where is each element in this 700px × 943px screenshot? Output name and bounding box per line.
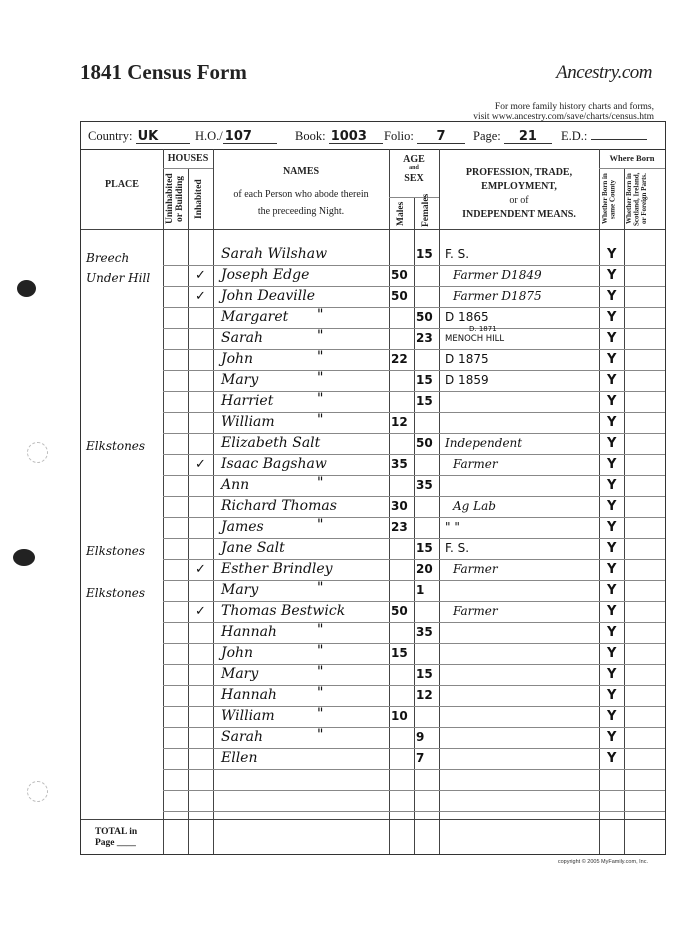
- born-same-county: Y: [607, 541, 616, 556]
- age-male: 22: [391, 352, 408, 366]
- person-name: Ellen: [221, 750, 257, 766]
- person-name: Joseph Edge: [221, 267, 309, 283]
- person-name: Margaret: [221, 309, 288, 325]
- table-row: [81, 307, 665, 328]
- born-same-county: Y: [607, 730, 616, 745]
- ditto-mark: ": [317, 727, 323, 743]
- table-row: [81, 664, 665, 685]
- table-row: [81, 643, 665, 664]
- table-row: [81, 580, 665, 601]
- born-same-county: Y: [607, 583, 616, 598]
- profession: D 1859: [445, 373, 489, 387]
- person-name: Sarah: [221, 330, 263, 346]
- age-female: 7: [416, 751, 424, 765]
- copyright-notice: copyright © 2005 MyFamily.com, Inc.: [558, 859, 648, 865]
- ditto-mark: ": [317, 517, 323, 533]
- inhabited-check-icon: ✓: [195, 562, 206, 577]
- page-field: Page: 21: [473, 129, 552, 144]
- table-row: [81, 265, 665, 286]
- page-label: Page:: [473, 129, 501, 143]
- table-row: [81, 748, 665, 769]
- row-divider: [599, 168, 665, 169]
- born-same-county: Y: [607, 436, 616, 451]
- table-row: [81, 538, 665, 559]
- country-value[interactable]: UK: [136, 131, 190, 144]
- age-male: 15: [391, 646, 408, 660]
- place-name: Under Hill: [86, 271, 150, 285]
- person-name: John Deaville: [221, 288, 315, 304]
- column-header-uninhabited: Uninhabited or Building: [165, 171, 186, 227]
- table-row: [81, 496, 665, 517]
- born-same-county: Y: [607, 394, 616, 409]
- column-header-profession: EMPLOYMENT,: [439, 181, 599, 192]
- ditto-mark: ": [317, 643, 323, 659]
- column-header-males: Males: [396, 201, 408, 227]
- person-name: Esther Brindley: [221, 561, 333, 577]
- inhabited-check-icon: ✓: [195, 604, 206, 619]
- column-header-houses: HOUSES: [163, 153, 213, 164]
- age-male: 50: [391, 268, 408, 282]
- born-same-county: Y: [607, 352, 616, 367]
- ditto-mark: ": [317, 475, 323, 491]
- reference-fields: Country: UK H.O./107 Book: 1003 Folio: 7…: [81, 122, 665, 150]
- born-same-county: Y: [607, 331, 616, 346]
- age-female: 35: [416, 478, 433, 492]
- page-title: 1841 Census Form: [80, 60, 247, 85]
- profession-note: D. 1871: [469, 326, 497, 333]
- punch-hole-icon: [27, 442, 48, 463]
- ditto-mark: ": [317, 307, 323, 323]
- total-label-line1: TOTAL in: [95, 827, 137, 838]
- ed-value[interactable]: [591, 139, 647, 140]
- more-forms-line1: For more family history charts and forms…: [473, 102, 654, 112]
- column-header-profession: PROFESSION, TRADE,: [439, 167, 599, 178]
- place-name: Elkstones: [86, 586, 145, 600]
- table-row: [81, 454, 665, 475]
- column-header-where-born: Where Born: [599, 153, 665, 163]
- total-in-page-label: TOTAL inPage ____: [95, 827, 137, 849]
- inhabited-check-icon: ✓: [195, 268, 206, 283]
- age-female: 12: [416, 688, 433, 702]
- born-same-county: Y: [607, 604, 616, 619]
- table-row: [81, 706, 665, 727]
- column-header-born-county: Whether Born in same County: [602, 171, 621, 227]
- age-female: 15: [416, 373, 433, 387]
- profession: Farmer D1849: [453, 268, 542, 282]
- age-male: 35: [391, 457, 408, 471]
- age-female: 15: [416, 247, 433, 261]
- ditto-mark: ": [317, 706, 323, 722]
- profession: Farmer: [453, 604, 498, 618]
- ho-field: H.O./107: [195, 129, 277, 144]
- profession: Farmer: [453, 457, 498, 471]
- profession: D 1865: [445, 310, 489, 324]
- born-same-county: Y: [607, 709, 616, 724]
- ditto-mark: ": [317, 370, 323, 386]
- ditto-mark: ": [317, 664, 323, 680]
- column-header-profession: INDEPENDENT MEANS.: [439, 209, 599, 220]
- person-name: John: [221, 351, 253, 367]
- table-row: [81, 433, 665, 454]
- punch-hole-icon: [13, 549, 35, 566]
- profession: Farmer: [453, 562, 498, 576]
- person-name: John: [221, 645, 253, 661]
- table-row: [81, 391, 665, 412]
- person-name: Mary: [221, 582, 258, 598]
- person-name: Ann: [221, 477, 249, 493]
- ed-field: E.D.:: [561, 129, 647, 144]
- profession: F. S.: [445, 541, 469, 555]
- age-male: 50: [391, 604, 408, 618]
- profession: Independent: [445, 436, 522, 450]
- total-label-line2[interactable]: Page ____: [95, 838, 137, 849]
- person-name: Richard Thomas: [221, 498, 337, 514]
- age-female: 15: [416, 667, 433, 681]
- table-row: [81, 412, 665, 433]
- punch-hole-icon: [17, 280, 36, 297]
- column-header-profession: or of: [439, 195, 599, 206]
- age-female: 50: [416, 310, 433, 324]
- ed-label: E.D.:: [561, 129, 587, 143]
- person-name: Jane Salt: [221, 540, 285, 556]
- profession: D 1875: [445, 352, 489, 366]
- born-same-county: Y: [607, 373, 616, 388]
- table-row: [81, 370, 665, 391]
- profession: " ": [445, 520, 460, 534]
- ditto-mark: ": [317, 412, 323, 428]
- page-value[interactable]: 21: [504, 131, 552, 144]
- table-row: [81, 475, 665, 496]
- person-name: Isaac Bagshaw: [221, 456, 327, 472]
- table-row: [81, 559, 665, 580]
- profession: F. S.: [445, 247, 469, 261]
- ditto-mark: ": [317, 328, 323, 344]
- profession: Ag Lab: [453, 499, 496, 513]
- born-same-county: Y: [607, 520, 616, 535]
- person-name: Mary: [221, 666, 258, 682]
- person-name: William: [221, 708, 275, 724]
- age-male: 30: [391, 499, 408, 513]
- inhabited-check-icon: ✓: [195, 289, 206, 304]
- age-female: 23: [416, 331, 433, 345]
- table-row: [81, 286, 665, 307]
- age-male: 12: [391, 415, 408, 429]
- person-name: Thomas Bestwick: [221, 603, 345, 619]
- born-same-county: Y: [607, 478, 616, 493]
- country-field: Country: UK: [88, 129, 190, 144]
- row-divider: [389, 197, 439, 198]
- born-same-county: Y: [607, 499, 616, 514]
- profession: MENOCH HILL: [445, 334, 504, 344]
- table-row: [81, 685, 665, 706]
- born-same-county: Y: [607, 268, 616, 283]
- person-name: Sarah Wilshaw: [221, 246, 327, 262]
- age-female: 15: [416, 394, 433, 408]
- more-forms-note: For more family history charts and forms…: [473, 102, 654, 122]
- row-divider: [163, 811, 665, 812]
- inhabited-check-icon: ✓: [195, 457, 206, 472]
- column-header-sex: SEX: [389, 173, 439, 184]
- person-name: Hannah: [221, 687, 277, 703]
- row-divider: [163, 769, 665, 770]
- ditto-mark: ": [317, 580, 323, 596]
- age-female: 35: [416, 625, 433, 639]
- folio-field: Folio: 7: [384, 129, 465, 144]
- book-label: Book:: [295, 129, 326, 143]
- born-same-county: Y: [607, 289, 616, 304]
- person-name: William: [221, 414, 275, 430]
- table-row: [81, 349, 665, 370]
- ditto-mark: ": [317, 622, 323, 638]
- born-same-county: Y: [607, 562, 616, 577]
- column-header-inhabited: Inhabited: [194, 171, 206, 227]
- person-name: Mary: [221, 372, 258, 388]
- born-same-county: Y: [607, 751, 616, 766]
- column-header-names-sub1: of each Person who abode therein: [213, 189, 389, 200]
- table-row: [81, 517, 665, 538]
- place-name: Elkstones: [86, 439, 145, 453]
- person-name: Elizabeth Salt: [221, 435, 320, 451]
- born-same-county: Y: [607, 688, 616, 703]
- row-divider: [163, 790, 665, 791]
- row-divider: [81, 819, 665, 820]
- book-value[interactable]: 1003: [329, 131, 383, 144]
- ditto-mark: ": [317, 349, 323, 365]
- age-male: 23: [391, 520, 408, 534]
- row-divider: [163, 168, 213, 169]
- age-female: 50: [416, 436, 433, 450]
- person-name: Sarah: [221, 729, 263, 745]
- folio-value[interactable]: 7: [417, 131, 465, 144]
- age-female: 20: [416, 562, 433, 576]
- age-male: 50: [391, 289, 408, 303]
- census-form: Country: UK H.O./107 Book: 1003 Folio: 7…: [80, 121, 666, 855]
- column-header-born-abroad: Whether Born in Scotland, Ireland, or Fo…: [626, 171, 663, 227]
- punch-hole-icon: [27, 781, 48, 802]
- person-name: Harriet: [221, 393, 273, 409]
- column-header-place: PLACE: [81, 179, 163, 190]
- folio-label: Folio:: [384, 129, 414, 143]
- table-row: [81, 622, 665, 643]
- age-female: 1: [416, 583, 424, 597]
- born-same-county: Y: [607, 457, 616, 472]
- column-header-names: NAMES: [213, 166, 389, 177]
- age-female: 15: [416, 541, 433, 555]
- column-header-age: AGE: [389, 154, 439, 165]
- table-row: [81, 727, 665, 748]
- ditto-mark: ": [317, 685, 323, 701]
- country-label: Country:: [88, 129, 132, 143]
- table-row: [81, 601, 665, 622]
- table-row: [81, 229, 665, 265]
- column-header-names-sub2: the preceeding Night.: [213, 206, 389, 217]
- born-same-county: Y: [607, 625, 616, 640]
- place-name: Elkstones: [86, 544, 145, 558]
- column-header-and: and: [389, 165, 439, 171]
- born-same-county: Y: [607, 415, 616, 430]
- ho-value[interactable]: 107: [223, 131, 277, 144]
- table-row: [81, 328, 665, 349]
- profession: Farmer D1875: [453, 289, 542, 303]
- ditto-mark: ": [317, 391, 323, 407]
- ho-label: H.O./: [195, 129, 223, 143]
- person-name: Hannah: [221, 624, 277, 640]
- age-male: 10: [391, 709, 408, 723]
- born-same-county: Y: [607, 667, 616, 682]
- born-same-county: Y: [607, 247, 616, 262]
- column-header-females: Females: [421, 201, 433, 227]
- brand-logo: Ancestry.com: [556, 62, 652, 84]
- born-same-county: Y: [607, 310, 616, 325]
- place-name: Breech: [86, 251, 129, 265]
- age-female: 9: [416, 730, 424, 744]
- born-same-county: Y: [607, 646, 616, 661]
- book-field: Book: 1003: [295, 129, 383, 144]
- person-name: James: [221, 519, 264, 535]
